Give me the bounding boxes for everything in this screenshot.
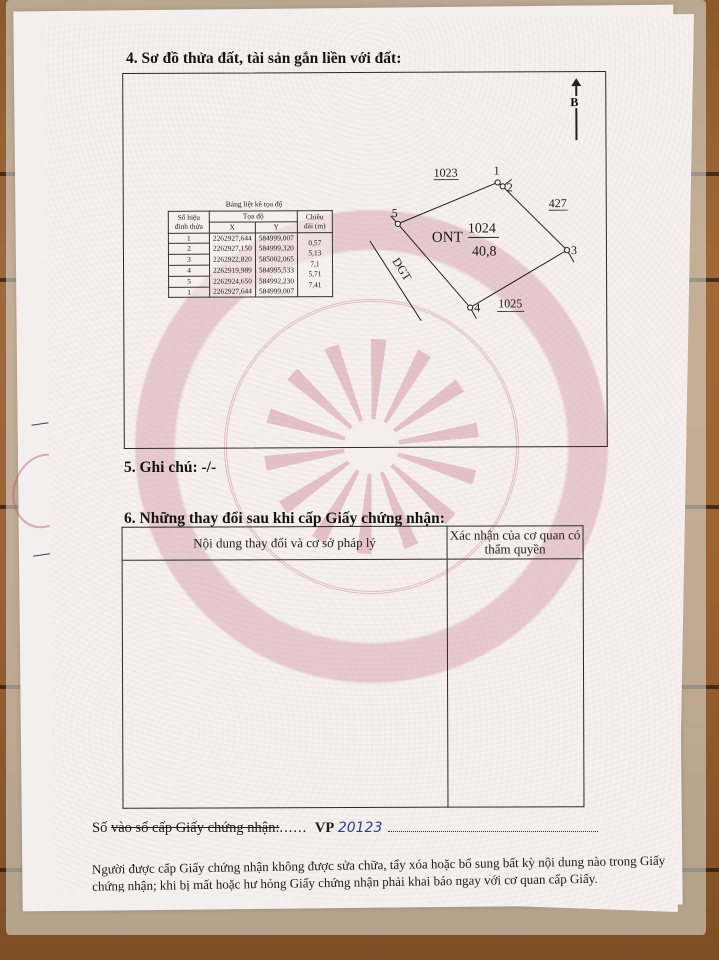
col-change-content: Nội dung thay đổi và cơ sở pháp lý	[122, 526, 447, 560]
registration-label: vào sổ cấp Giấy chứng nhận:	[111, 820, 280, 836]
y-cell: 584999,320	[255, 243, 297, 254]
neighbor-south-label: 1025	[498, 296, 522, 310]
vertex-5-label: 5	[392, 206, 398, 220]
length-cell: 7,1	[297, 259, 332, 270]
notes-value: -/-	[202, 459, 217, 476]
y-cell: 584999,007	[255, 286, 297, 297]
point-id-cell: 5	[169, 276, 210, 287]
parcel-area-label: 40,8	[472, 244, 497, 259]
length-cell: 5,13	[297, 248, 332, 259]
x-cell: 2262919,989	[210, 265, 256, 276]
length-cell: 0,57	[297, 237, 332, 248]
registration-number-line: Số vào sổ cấp Giấy chứng nhận:...... VP …	[92, 820, 598, 837]
registration-dots: ......	[279, 820, 307, 836]
point-id-cell: 1	[168, 233, 209, 244]
authority-confirmation-cell	[447, 559, 584, 807]
parcel-map-frame: B Bảng liệt kê tọa độ Số hiệu đỉnh thửa …	[122, 71, 608, 449]
road-label: DGT	[389, 255, 414, 284]
parcel-number-label: 1024	[468, 221, 496, 236]
point-id-cell: 3	[168, 254, 209, 265]
registration-label-prefix: Số	[92, 820, 111, 836]
vertex-2-label: 2	[507, 180, 513, 194]
registration-dotted-rule	[388, 831, 598, 832]
col-y: Y	[255, 222, 297, 233]
point-id-cell: 2	[168, 244, 209, 255]
length-cell: 5,71	[297, 270, 332, 281]
y-cell: 584992,230	[255, 276, 297, 287]
section-4-heading: 4. Sơ đồ thửa đất, tài sản gắn liền với …	[126, 50, 401, 68]
vertex-4-label: 4	[474, 300, 480, 314]
section-5: 5. Ghi chú: -/-	[124, 459, 216, 477]
x-cell: 2262922,820	[209, 254, 255, 265]
changes-table: Nội dung thay đổi và cơ sở pháp lý Xác n…	[122, 525, 585, 809]
y-cell: 585002,065	[255, 254, 297, 265]
y-cell: 584999,007	[255, 232, 297, 243]
vertex-1-label: 1	[494, 163, 500, 177]
coordinate-row: 12262927,644584999,0070,57	[168, 232, 332, 244]
registration-code-prefix: VP	[315, 820, 334, 836]
x-cell: 2262924,650	[210, 276, 256, 287]
col-x: X	[209, 222, 255, 233]
coord-table-caption: Bảng liệt kê tọa độ	[226, 199, 283, 208]
col-length: Chiều dài (m)	[297, 211, 332, 233]
registration-handwritten-number: 20123	[338, 820, 383, 836]
length-cell: 7,41	[298, 280, 333, 291]
coordinate-table: Số hiệu đỉnh thửa Tọa độ Chiều dài (m) X…	[168, 210, 333, 298]
col-point-id: Số hiệu đỉnh thửa	[168, 211, 209, 233]
certificate-page: 4. Sơ đồ thửa đất, tài sản gắn liền với …	[44, 14, 694, 912]
point-id-cell: 1	[169, 287, 210, 298]
col-coords: Tọa độ	[209, 211, 297, 222]
vertex-3-label: 3	[571, 243, 577, 257]
section-5-heading: 5. Ghi chú:	[124, 459, 198, 476]
col-authority-confirmation: Xác nhận của cơ quan có thẩm quyền	[447, 526, 583, 559]
north-arrow-icon: B	[569, 78, 583, 142]
x-cell: 2262927,644	[209, 233, 255, 244]
point-id-cell: 4	[169, 265, 210, 276]
y-cell: 584995,533	[255, 265, 297, 276]
neighbor-north-label: 1023	[434, 166, 458, 180]
parcel-diagram: 1 2 3 4 5 ONT 1024 40,8 1023 427 1025 DG…	[354, 160, 595, 321]
north-label: B	[570, 96, 578, 108]
x-cell: 2262927,150	[209, 243, 255, 254]
x-cell: 2262927,644	[210, 287, 256, 298]
change-content-cell	[122, 559, 448, 808]
land-type-label: ONT	[432, 230, 463, 246]
neighbor-east-label: 427	[549, 196, 567, 210]
